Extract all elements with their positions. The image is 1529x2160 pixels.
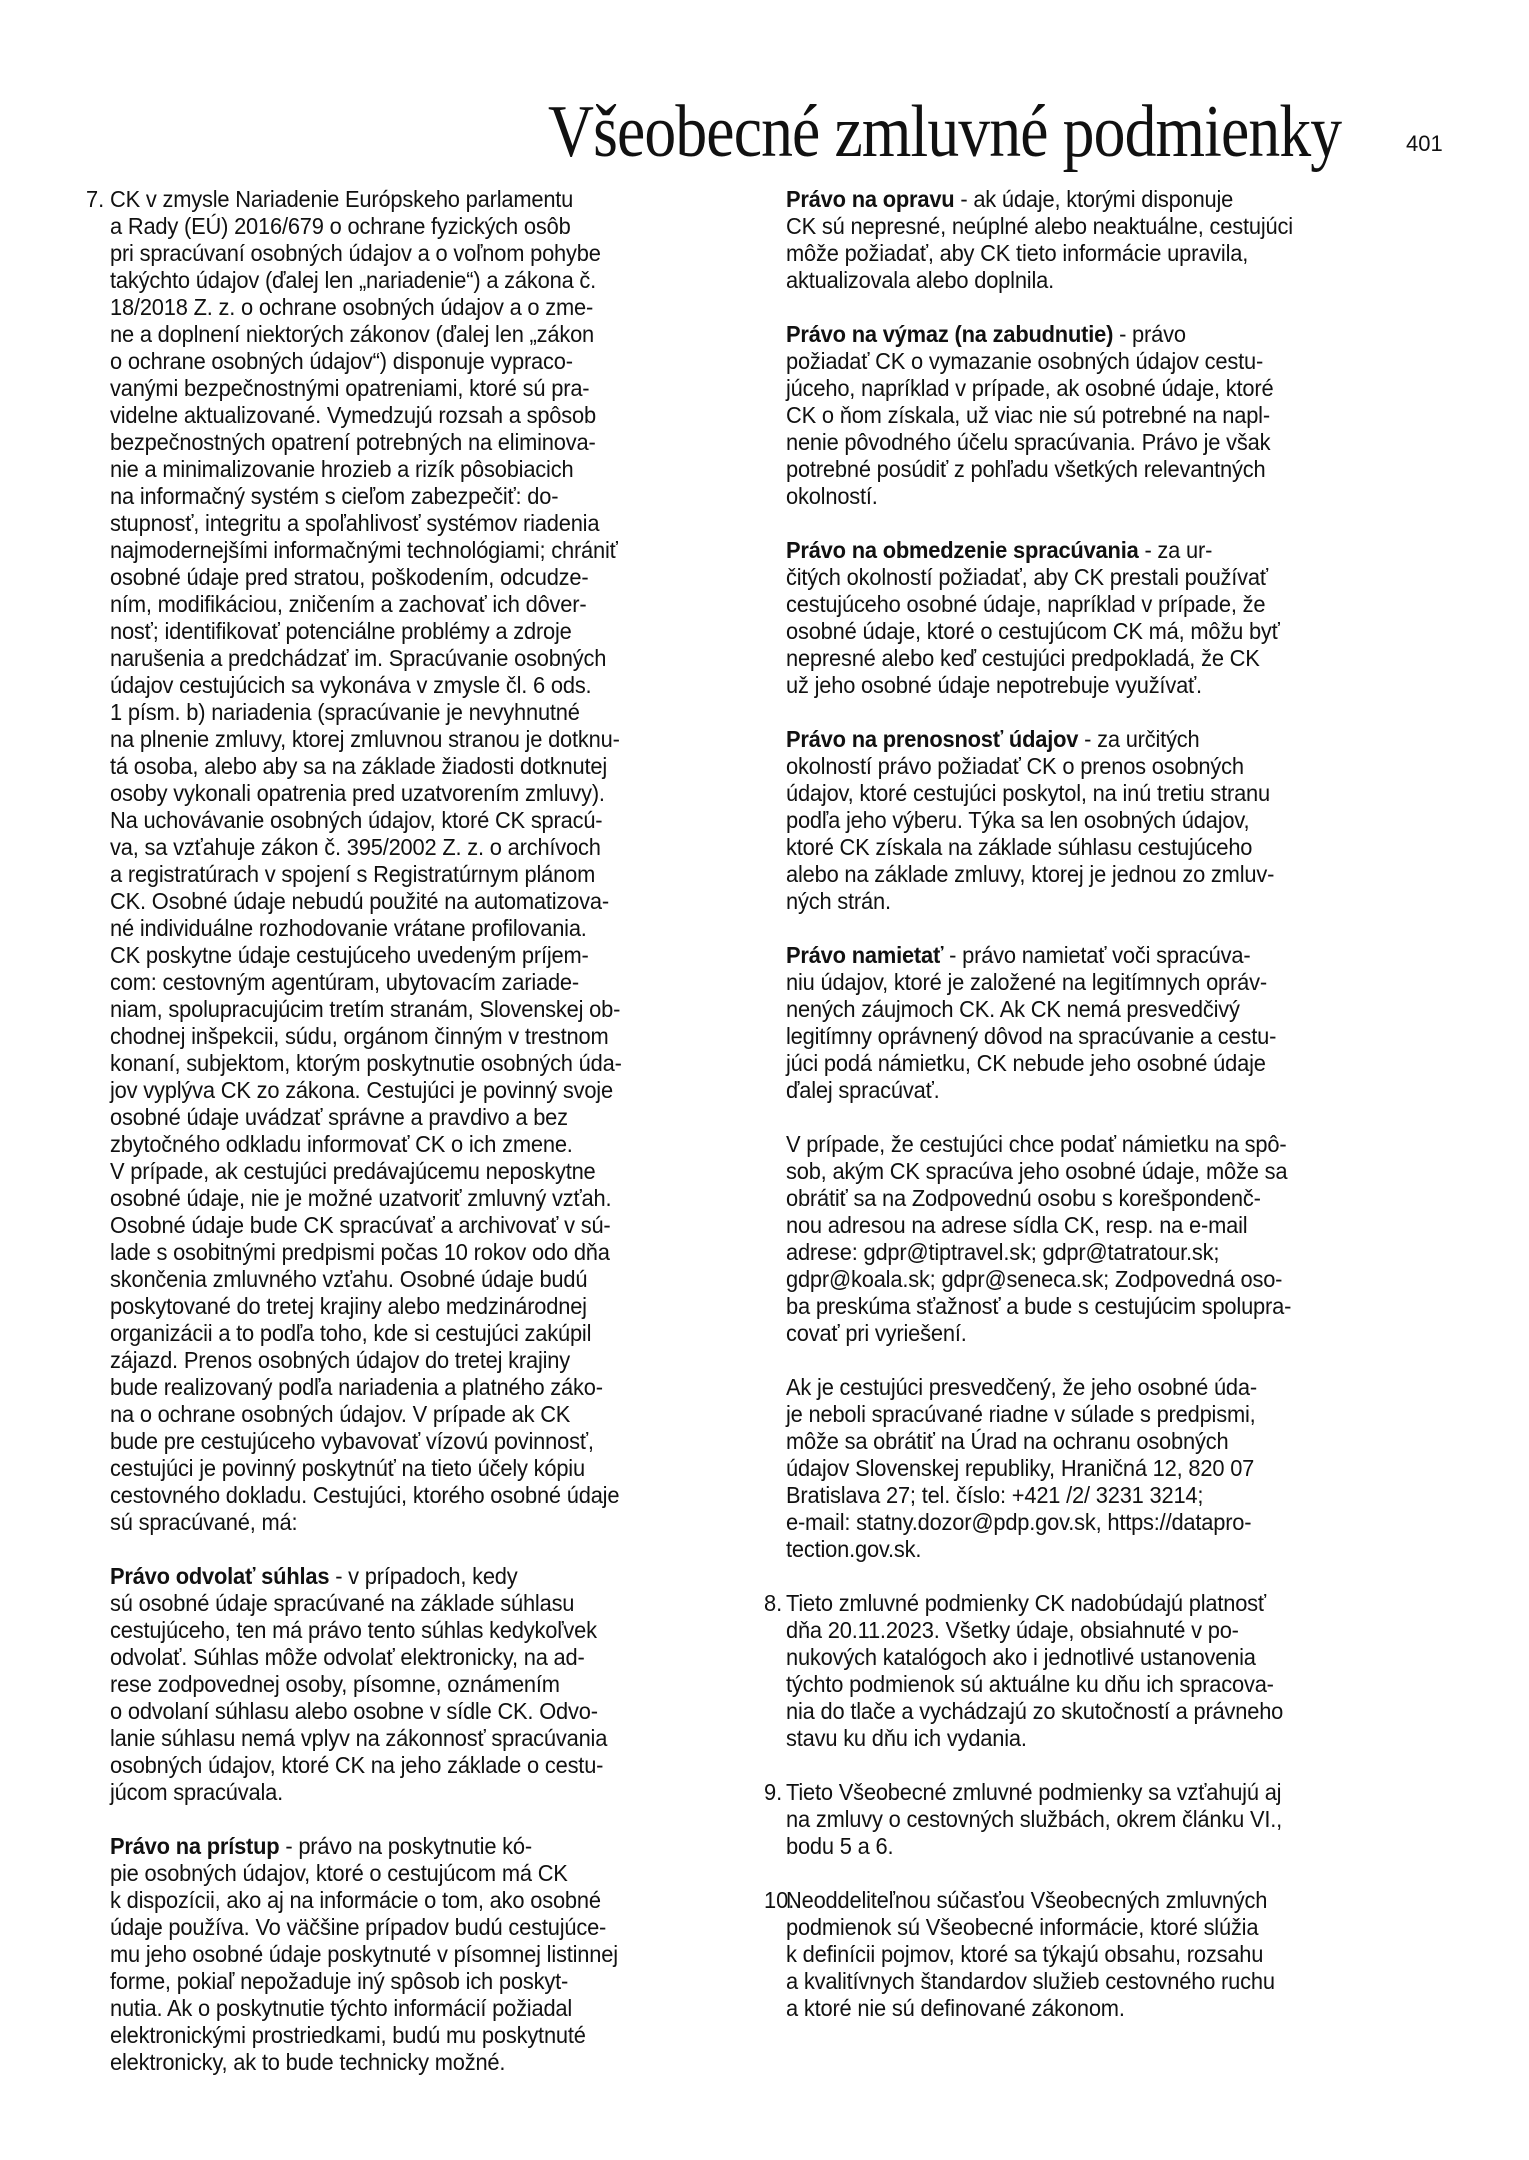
objection-contact-paragraph: V prípade, že cestujúci chce podať námie… [764, 1131, 1454, 1347]
paragraph-heading: Právo na prenosnosť údajov [786, 726, 1078, 752]
text-line: videlne aktualizované. Vymedzujú rozsah … [110, 402, 711, 429]
text-line: tá osoba, alebo aby sa na základe žiados… [110, 753, 711, 780]
text-line: okolností právo požiadať CK o prenos oso… [786, 753, 1407, 780]
text-line: sú spracúvané, má: [110, 1509, 711, 1536]
text-line: narušenia a predchádzať im. Spracúvanie … [110, 645, 711, 672]
text-line: zbytočného odkladu informovať CK o ich z… [110, 1131, 711, 1158]
text-line: alebo na základe zmluvy, ktorej je jedno… [786, 861, 1407, 888]
text-line: pri spracúvaní osobných údajov a o voľno… [110, 240, 711, 267]
text-line: podľa jeho výberu. Týka sa len osobných … [786, 807, 1407, 834]
text-line: bezpečnostných opatrení potrebných na el… [110, 429, 711, 456]
text-line: odvolať. Súhlas môže odvolať elektronick… [110, 1644, 711, 1671]
right-withdraw-consent: Právo odvolať súhlas - v prípadoch, kedy… [86, 1563, 756, 1806]
section-8: 8. Tieto zmluvné podmienky CK nadobúdajú… [764, 1590, 1454, 1752]
paragraph-heading: Právo na opravu [786, 186, 954, 212]
text-line: môže sa obrátiť na Úrad na ochranu osobn… [786, 1428, 1407, 1455]
text-line: ďalej spracúvať. [786, 1077, 1407, 1104]
text-line: legitímny oprávnený dôvod na spracúvanie… [786, 1023, 1407, 1050]
section-9: 9. Tieto Všeobecné zmluvné podmienky sa … [764, 1779, 1454, 1860]
text-line: niu údajov, ktoré je založené na legitím… [786, 969, 1407, 996]
text-line: môže požiadať, aby CK tieto informácie u… [786, 240, 1407, 267]
text-line: stavu ku dňu ich vydania. [786, 1725, 1407, 1752]
text-line: nukových katalógoch ako i jednotlivé ust… [786, 1644, 1407, 1671]
text-line: Neoddeliteľnou súčasťou Všeobecných zmlu… [786, 1887, 1407, 1914]
text-line: bodu 5 a 6. [786, 1833, 1407, 1860]
text-line: CK v zmysle Nariadenie Európskeho parlam… [110, 186, 711, 213]
text-line: na plnenie zmluvy, ktorej zmluvnou stran… [110, 726, 711, 753]
text-line: mu jeho osobné údaje poskytnuté v písomn… [110, 1941, 711, 1968]
text-line: o ochrane osobných údajov“) disponuje vy… [110, 348, 711, 375]
text-line: cestujúci je povinný poskytnúť na tieto … [110, 1455, 711, 1482]
document-page: Všeobecné zmluvné podmienky 401 7. CK v … [0, 0, 1529, 2160]
text-line: elektronicky, ak to bude technicky možné… [110, 2049, 711, 2076]
text-line: com: cestovným agentúram, ubytovacím zar… [110, 969, 711, 996]
text-line: ne a doplnení niektorých zákonov (ďalej … [110, 321, 711, 348]
section-number: 7. [86, 186, 104, 213]
text-line: aktualizovala alebo doplnila. [786, 267, 1407, 294]
right-of-access: Právo na prístup - právo na poskytnutie … [86, 1833, 756, 2076]
text-line: ním, modifikáciou, zničením a zachovať i… [110, 591, 711, 618]
text-line: najmodernejšími informačnými technológia… [110, 537, 711, 564]
text-line: údajov, ktoré cestujúci poskytol, na inú… [786, 780, 1407, 807]
paragraph-heading: Právo na výmaz (na zabudnutie) [786, 321, 1113, 347]
text-line: cestujúceho, ten má právo tento súhlas k… [110, 1617, 711, 1644]
text-line: osobné údaje, ktoré o cestujúcom CK má, … [786, 618, 1407, 645]
text-line: CK sú nepresné, neúplné alebo neaktuálne… [786, 213, 1407, 240]
text-line: 1 písm. b) nariadenia (spracúvanie je ne… [110, 699, 711, 726]
text-line: Tieto zmluvné podmienky CK nadobúdajú pl… [786, 1590, 1407, 1617]
text-line: lanie súhlasu nemá vplyv na zákonnosť sp… [110, 1725, 711, 1752]
section-10: 10. Neoddeliteľnou súčasťou Všeobecných … [764, 1887, 1454, 2022]
text-line: Osobné údaje bude CK spracúvať a archivo… [110, 1212, 711, 1239]
page-number: 401 [1406, 132, 1443, 156]
text-line: skončenia zmluvného vzťahu. Osobné údaje… [110, 1266, 711, 1293]
text-line: né individuálne rozhodovanie vrátane pro… [110, 915, 711, 942]
text-line: júci podá námietku, CK nebude jeho osobn… [786, 1050, 1407, 1077]
text-line: nepresné alebo keď cestujúci predpokladá… [786, 645, 1407, 672]
text-line: nutia. Ak o poskytnutie týchto informáci… [110, 1995, 711, 2022]
text-line: údajov Slovenskej republiky, Hraničná 12… [786, 1455, 1407, 1482]
text-line: cestujúceho osobné údaje, napríklad v pr… [786, 591, 1407, 618]
text-line: požiadať CK o vymazanie osobných údajov … [786, 348, 1407, 375]
text-line: cestovného dokladu. Cestujúci, ktorého o… [110, 1482, 711, 1509]
text-line: a ktoré nie sú definované zákonom. [786, 1995, 1407, 2022]
text-line: nou adresou na adrese sídla CK, resp. na… [786, 1212, 1407, 1239]
text-line: sú osobné údaje spracúvané na základe sú… [110, 1590, 711, 1617]
text-line: o odvolaní súhlasu alebo osobne v sídle … [110, 1698, 711, 1725]
text-line: CK poskytne údaje cestujúceho uvedeným p… [110, 942, 711, 969]
text-line: e-mail: statny.dozor@pdp.gov.sk, https:/… [786, 1509, 1407, 1536]
text-line: V prípade, že cestujúci chce podať námie… [786, 1131, 1407, 1158]
text-line: dňa 20.11.2023. Všetky údaje, obsiahnuté… [786, 1617, 1407, 1644]
text-line: nenie pôvodného účelu spracúvania. Právo… [786, 429, 1407, 456]
text-line: údajov cestujúcich sa vykonáva v zmysle … [110, 672, 711, 699]
text-line: a registratúrach v spojení s Registratúr… [110, 861, 711, 888]
text-line: podmienok sú Všeobecné informácie, ktoré… [786, 1914, 1407, 1941]
text-line: pie osobných údajov, ktoré o cestujúcom … [110, 1860, 711, 1887]
text-line: ktoré CK získala na základe súhlasu cest… [786, 834, 1407, 861]
text-line: týchto podmienok sú aktuálne ku dňu ich … [786, 1671, 1407, 1698]
text-line: nie a minimalizovanie hrozieb a rizík pô… [110, 456, 711, 483]
text-line: vanými bezpečnostnými opatreniami, ktoré… [110, 375, 711, 402]
text-line: bude pre cestujúceho vybavovať vízovú po… [110, 1428, 711, 1455]
right-to-portability: Právo na prenosnosť údajov - za určitých… [764, 726, 1454, 915]
text-line: potrebné posúdiť z pohľadu všetkých rele… [786, 456, 1407, 483]
right-to-object: Právo namietať - právo namietať voči spr… [764, 942, 1454, 1104]
text-line: bude realizovaný podľa nariadenia a plat… [110, 1374, 711, 1401]
text-line: CK o ňom získala, už viac nie sú potrebn… [786, 402, 1407, 429]
text-line: Ak je cestujúci presvedčený, že jeho oso… [786, 1374, 1407, 1401]
paragraph-heading: Právo namietať [786, 942, 943, 968]
text-line: okolností. [786, 483, 1407, 510]
text-line: nosť; identifikovať potenciálne problémy… [110, 618, 711, 645]
text-line: jov vyplýva CK zo zákona. Cestujúci je p… [110, 1077, 711, 1104]
text-line: na zmluvy o cestovných službách, okrem č… [786, 1806, 1407, 1833]
text-line: sob, akým CK spracúva jeho osobné údaje,… [786, 1158, 1407, 1185]
text-line: V prípade, ak cestujúci predávajúcemu ne… [110, 1158, 711, 1185]
text-line: covať pri vyriešení. [786, 1320, 1407, 1347]
paragraph-heading: Právo na prístup [110, 1833, 279, 1859]
text-line: nia do tlače a vychádzajú zo skutočností… [786, 1698, 1407, 1725]
text-line: k definícii pojmov, ktoré sa týkajú obsa… [786, 1941, 1407, 1968]
section-number: 8. [764, 1590, 782, 1617]
text-line: poskytované do tretej krajiny alebo medz… [110, 1293, 711, 1320]
paragraph-heading: Právo na obmedzenie spracúvania [786, 537, 1139, 563]
text-line: júceho, napríklad v prípade, ak osobné ú… [786, 375, 1407, 402]
text-line: CK. Osobné údaje nebudú použité na autom… [110, 888, 711, 915]
text-line: a Rady (EÚ) 2016/679 o ochrane fyzických… [110, 213, 711, 240]
text-line: niam, spolupracujúcim tretím stranám, Sl… [110, 996, 711, 1023]
text-line: už jeho osobné údaje nepotrebuje využíva… [786, 672, 1407, 699]
text-line: k dispozícii, ako aj na informácie o tom… [110, 1887, 711, 1914]
section-number: 9. [764, 1779, 782, 1806]
text-line: osobných údajov, ktoré CK na jeho základ… [110, 1752, 711, 1779]
text-line: na informačný systém s cieľom zabezpečiť… [110, 483, 711, 510]
text-line: osobné údaje uvádzať správne a pravdivo … [110, 1104, 711, 1131]
text-line: tection.gov.sk. [786, 1536, 1407, 1563]
right-to-rectification: Právo na opravu - ak údaje, ktorými disp… [764, 186, 1454, 294]
text-line: je neboli spracúvané riadne v súlade s p… [786, 1401, 1407, 1428]
text-line: údaje používa. Vo väčšine prípadov budú … [110, 1914, 711, 1941]
text-line: zájazd. Prenos osobných údajov do tretej… [110, 1347, 711, 1374]
section-7: 7. CK v zmysle Nariadenie Európskeho par… [86, 186, 756, 1536]
text-line: lade s osobitnými predpismi počas 10 rok… [110, 1239, 711, 1266]
text-line: gdpr@koala.sk; gdpr@seneca.sk; Zodpovedn… [786, 1266, 1407, 1293]
text-line: organizácii a to podľa toho, kde si cest… [110, 1320, 711, 1347]
text-line: ných strán. [786, 888, 1407, 915]
text-line: nených záujmoch CK. Ak CK nemá presvedči… [786, 996, 1407, 1023]
text-line: va, sa vzťahuje zákon č. 395/2002 Z. z. … [110, 834, 711, 861]
text-line: osobné údaje, nie je možné uzatvoriť zml… [110, 1185, 711, 1212]
left-column: 7. CK v zmysle Nariadenie Európskeho par… [86, 186, 756, 2076]
text-line: osobné údaje pred stratou, poškodením, o… [110, 564, 711, 591]
text-line: Na uchovávanie osobných údajov, ktoré CK… [110, 807, 711, 834]
text-line: elektronickými prostriedkami, budú mu po… [110, 2022, 711, 2049]
text-line: 18/2018 Z. z. o ochrane osobných údajov … [110, 294, 711, 321]
section-7-lines: CK v zmysle Nariadenie Európskeho parlam… [86, 186, 756, 1536]
text-line: forme, pokiaľ nepožaduje iný spôsob ich … [110, 1968, 711, 1995]
text-line: konaní, subjektom, ktorým poskytnutie os… [110, 1050, 711, 1077]
page-title: Všeobecné zmluvné podmienky [548, 92, 1262, 172]
text-line: chodnej inšpekcii, súdu, orgánom činným … [110, 1023, 711, 1050]
text-line: ba preskúma sťažnosť a bude s cestujúcim… [786, 1293, 1407, 1320]
right-column: Právo na opravu - ak údaje, ktorými disp… [764, 186, 1454, 2022]
text-line: takýchto údajov (ďalej len „nariadenie“)… [110, 267, 711, 294]
text-line: čitých okolností požiadať, aby CK presta… [786, 564, 1407, 591]
text-line: adrese: gdpr@tiptravel.sk; gdpr@tatratou… [786, 1239, 1407, 1266]
text-line: na o ochrane osobných údajov. V prípade … [110, 1401, 711, 1428]
text-line: obrátiť sa na Zodpovednú osobu s korešpo… [786, 1185, 1407, 1212]
text-line: Bratislava 27; tel. číslo: +421 /2/ 3231… [786, 1482, 1407, 1509]
text-line: rese zodpovednej osoby, písomne, oznámen… [110, 1671, 711, 1698]
right-to-erasure: Právo na výmaz (na zabudnutie) - právo p… [764, 321, 1454, 510]
text-line: osoby vykonali opatrenia pred uzatvorení… [110, 780, 711, 807]
text-line: Tieto Všeobecné zmluvné podmienky sa vzť… [786, 1779, 1407, 1806]
text-line: stupnosť, integritu a spoľahlivosť systé… [110, 510, 711, 537]
authority-contact-paragraph: Ak je cestujúci presvedčený, že jeho oso… [764, 1374, 1454, 1563]
text-line: a kvalitívnych štandardov služieb cestov… [786, 1968, 1407, 1995]
text-line: júcom spracúvala. [110, 1779, 711, 1806]
paragraph-heading: Právo odvolať súhlas [110, 1563, 329, 1589]
right-to-restriction: Právo na obmedzenie spracúvania - za ur-… [764, 537, 1454, 699]
